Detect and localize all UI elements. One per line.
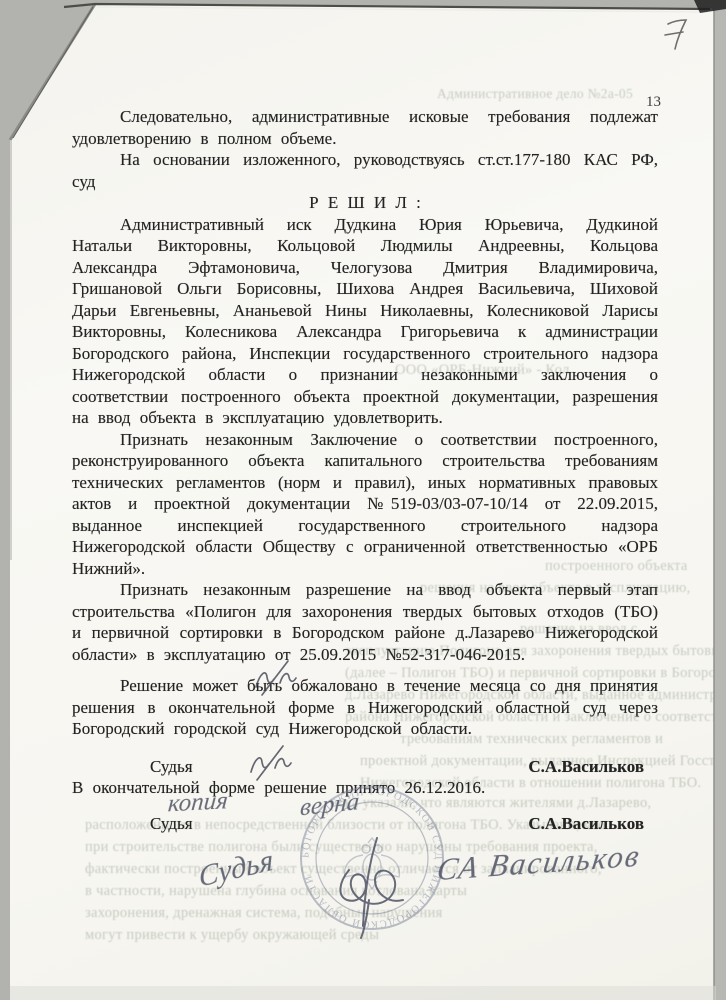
scanned-page: Административное дело №2а-05 ООО «ОРБ-Ни…: [0, 0, 726, 1000]
paragraph-ruling-permit: Признать незаконным разрешение на ввод о…: [72, 579, 658, 665]
judge-paraph-icon: [243, 740, 298, 788]
bleedthrough-line: Административное дело №2а-05: [437, 86, 633, 102]
paragraph-ruling-conclusion: Признать незаконным Заключение о соответ…: [72, 429, 658, 580]
paragraph-basis: На основании изложенного, руководствуясь…: [72, 149, 658, 192]
judge-name: С.А.Васильков: [528, 813, 644, 835]
decision-text: Следовательно, административные исковые …: [72, 106, 658, 834]
paragraph-claim: Административный иск Дудкина Юрия Юрьеви…: [72, 214, 658, 429]
signature-row: Судья С.А.Васильков: [72, 756, 658, 778]
judge-name: С.А.Васильков: [528, 756, 644, 778]
resolution-heading: Р Е Ш И Л :: [72, 192, 658, 214]
handwritten-copy-note: копия: [167, 787, 229, 818]
judge-signature-flourish-icon: [325, 830, 435, 940]
judge-label: Судья: [150, 756, 193, 778]
judge-paraph-icon: [248, 655, 303, 703]
handwritten-corner-mark: 7: [662, 16, 692, 54]
paragraph-conclusion: Следовательно, административные исковые …: [72, 106, 658, 149]
paragraph-appeal: Решение может быть обжаловано в течение …: [72, 675, 658, 740]
